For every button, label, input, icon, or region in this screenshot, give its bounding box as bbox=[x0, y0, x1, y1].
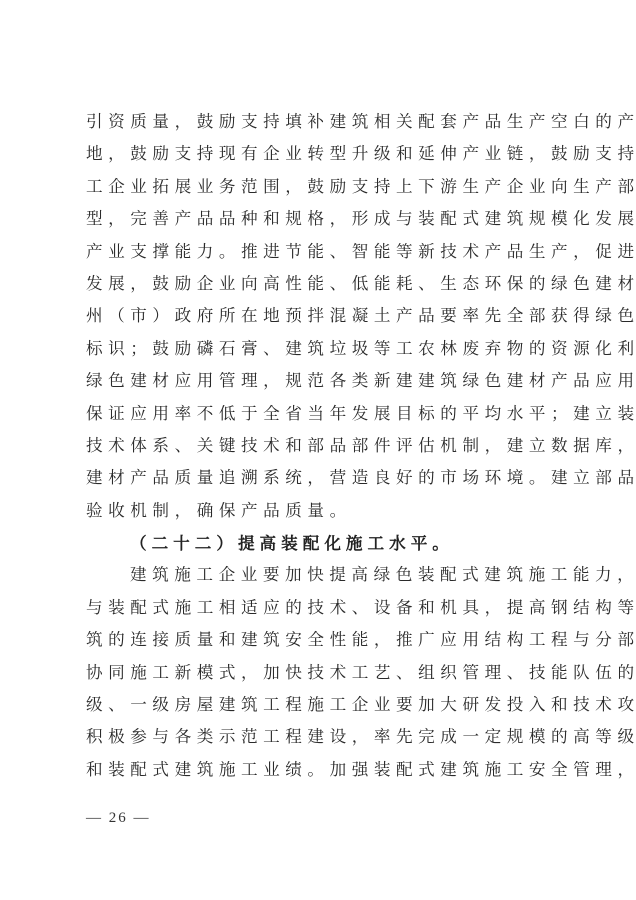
text-line: 标识；鼓励磷石膏、建筑垃圾等工农林废弃物的资源化利用。加强 bbox=[86, 333, 556, 365]
text-line: 州（市）政府所在地预拌混凝土产品要率先全部获得绿色建材评价 bbox=[86, 300, 556, 332]
text-line: 级、一级房屋建筑工程施工企业要加大研发投入和技术攻关力度， bbox=[86, 689, 556, 721]
text-line: 建材产品质量追溯系统，营造良好的市场环境。建立部品部件质量 bbox=[86, 462, 556, 494]
paragraph-start-line: 建筑施工企业要加快提高绿色装配式建筑施工能力，研发应用 bbox=[86, 559, 556, 591]
text-line: 发展，鼓励企业向高性能、低能耗、生态环保的绿色建材生产升级， bbox=[86, 268, 556, 300]
text-line: 工企业拓展业务范围，鼓励支持上下游生产企业向生产部品部件转 bbox=[86, 171, 556, 203]
text-line: 引资质量，鼓励支持填补建筑相关配套产品生产空白的产业项目落 bbox=[86, 106, 556, 138]
section-heading: （二十二）提高装配化施工水平。 bbox=[86, 527, 556, 559]
document-page: 引资质量，鼓励支持填补建筑相关配套产品生产空白的产业项目落 地，鼓励支持现有企业… bbox=[0, 0, 636, 900]
text-line: 验收机制，确保产品质量。 bbox=[86, 495, 556, 527]
text-line: 绿色建材应用管理，规范各类新建建筑绿色建材产品应用评价办法， bbox=[86, 365, 556, 397]
page-number: — 26 — bbox=[86, 810, 151, 827]
text-line: 产业支撑能力。推进节能、智能等新技术产品生产，促进新兴产业 bbox=[86, 236, 556, 268]
text-line: 协同施工新模式，加快技术工艺、组织管理、技能队伍的转变。特 bbox=[86, 657, 556, 689]
text-line: 技术体系、关键技术和部品部件评估机制，建立数据库，建立绿色 bbox=[86, 430, 556, 462]
text-line: 保证应用率不低于全省当年发展目标的平均水平；建立装配式建筑 bbox=[86, 398, 556, 430]
text-line: 型，完善产品品种和规格，形成与装配式建筑规模化发展相适应的 bbox=[86, 203, 556, 235]
text-line: 和装配式建筑施工业绩。加强装配式建筑施工安全管理，装配式钢 bbox=[86, 754, 556, 786]
text-line: 地，鼓励支持现有企业转型升级和延伸产业链，鼓励支持设计、施 bbox=[86, 138, 556, 170]
text-line: 筑的连接质量和建筑安全性能，推广应用结构工程与分部分项工程 bbox=[86, 624, 556, 656]
body-text: 引资质量，鼓励支持填补建筑相关配套产品生产空白的产业项目落 地，鼓励支持现有企业… bbox=[86, 106, 556, 786]
text-line: 积极参与各类示范工程建设，率先完成一定规模的高等级绿色建筑 bbox=[86, 721, 556, 753]
text-line: 与装配式施工相适应的技术、设备和机具，提高钢结构等装配式建 bbox=[86, 592, 556, 624]
